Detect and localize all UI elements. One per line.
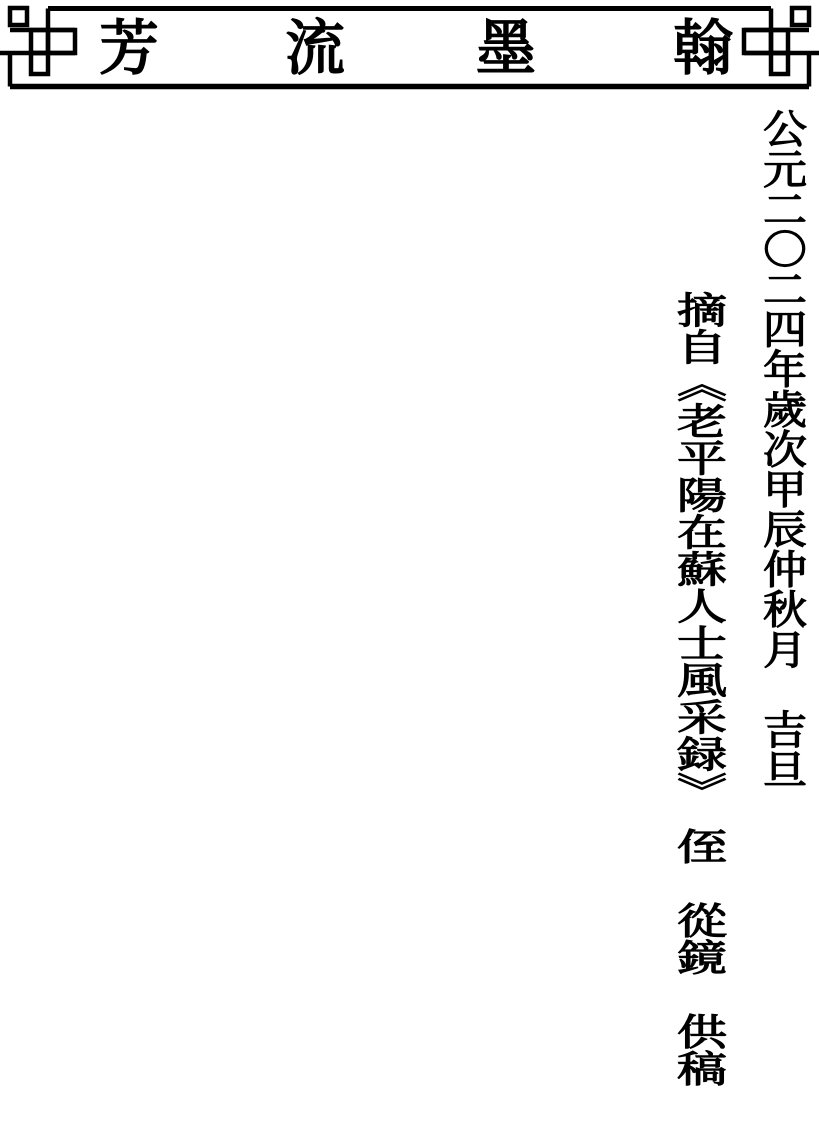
banner-title-char-4: 翰	[671, 17, 735, 81]
left-knot-ornament	[0, 8, 75, 87]
banner-title-char-1: 芳	[97, 17, 161, 81]
source-credit-column: 摘自《老平陽在蘇人士風采録》 侄 從鏡 供稿	[673, 291, 723, 1087]
banner-title-char-3: 墨	[474, 17, 538, 81]
banner-title-char-2: 流	[283, 17, 347, 81]
document-page: 芳 流 墨 翰 公元二〇二四年歲次甲辰仲秋月 吉旦 摘自《老平陽在蘇人士風采録》…	[0, 0, 819, 1147]
date-column: 公元二〇二四年歲次甲辰仲秋月 吉旦	[758, 108, 802, 789]
right-knot-ornament	[744, 8, 819, 87]
title-banner: 芳 流 墨 翰	[0, 0, 819, 100]
